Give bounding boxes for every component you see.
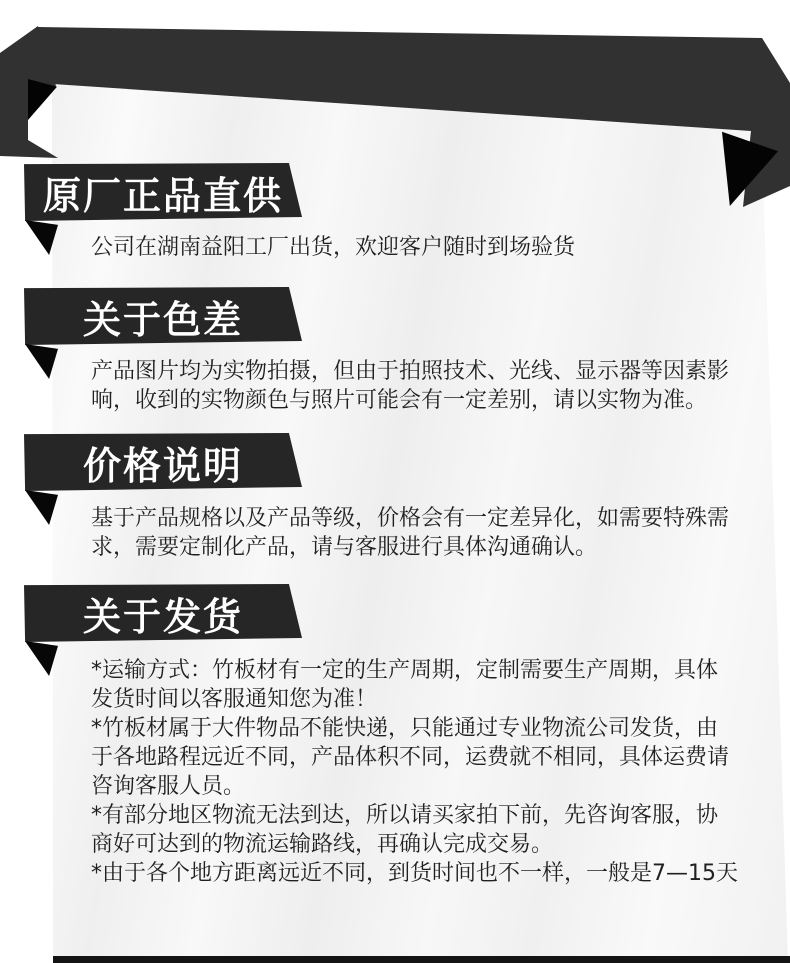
section-title: 关于色差 <box>83 289 243 344</box>
section-title: 关于发货 <box>83 586 243 641</box>
section-title: 价格说明 <box>83 435 243 490</box>
body-line: *竹板材属于大件物品不能快递，只能通过专业物流公司发货，由 <box>91 714 738 743</box>
section-body-authentic: 公司在湖南益阳工厂出货，欢迎客户随时到场验货 <box>91 233 575 262</box>
body-line: *运输方式：竹板材有一定的生产周期，定制需要生产周期，具体 <box>91 656 738 685</box>
body-line: 基于产品规格以及产品等级，价格会有一定差异化，如需要特殊需 <box>91 504 729 533</box>
section-body-color-difference: 产品图片均为实物拍摄，但由于拍照技术、光线、显示器等因素影 响，收到的实物颜色与… <box>91 357 729 415</box>
section-title: 原厂正品直供 <box>43 165 283 220</box>
body-line: *有部分地区物流无法到达，所以请买家拍下前，先咨询客服，协 <box>91 801 738 830</box>
body-line: 响，收到的实物颜色与照片可能会有一定差别，请以实物为准。 <box>91 386 729 415</box>
body-line: 公司在湖南益阳工厂出货，欢迎客户随时到场验货 <box>91 233 575 262</box>
section-title-banner-authentic: 原厂正品直供 <box>24 163 302 221</box>
bottom-bar <box>53 956 790 963</box>
body-line: 发货时间以客服通知您为准！ <box>91 685 738 714</box>
product-description-image: 原厂正品直供 公司在湖南益阳工厂出货，欢迎客户随时到场验货 关于色差 产品图片均… <box>0 0 790 963</box>
body-line: 产品图片均为实物拍摄，但由于拍照技术、光线、显示器等因素影 <box>91 357 729 386</box>
section-title-banner-shipping: 关于发货 <box>24 584 302 642</box>
body-line: 于各地路程远近不同，产品体积不同，运费就不相同，具体运费请 <box>91 743 738 772</box>
body-line: *由于各个地方距离远近不同，到货时间也不一样，一般是7—15天 <box>91 859 738 888</box>
body-line: 咨询客服人员。 <box>91 772 738 801</box>
section-title-banner-color-difference: 关于色差 <box>24 287 302 345</box>
body-line: 求，需要定制化产品，请与客服进行具体沟通确认。 <box>91 533 729 562</box>
section-title-banner-pricing: 价格说明 <box>24 433 302 491</box>
section-body-pricing: 基于产品规格以及产品等级，价格会有一定差异化，如需要特殊需 求，需要定制化产品，… <box>91 504 729 562</box>
body-line: 商好可达到的物流运输路线，再确认完成交易。 <box>91 830 738 859</box>
section-body-shipping: *运输方式：竹板材有一定的生产周期，定制需要生产周期，具体 发货时间以客服通知您… <box>91 656 738 888</box>
